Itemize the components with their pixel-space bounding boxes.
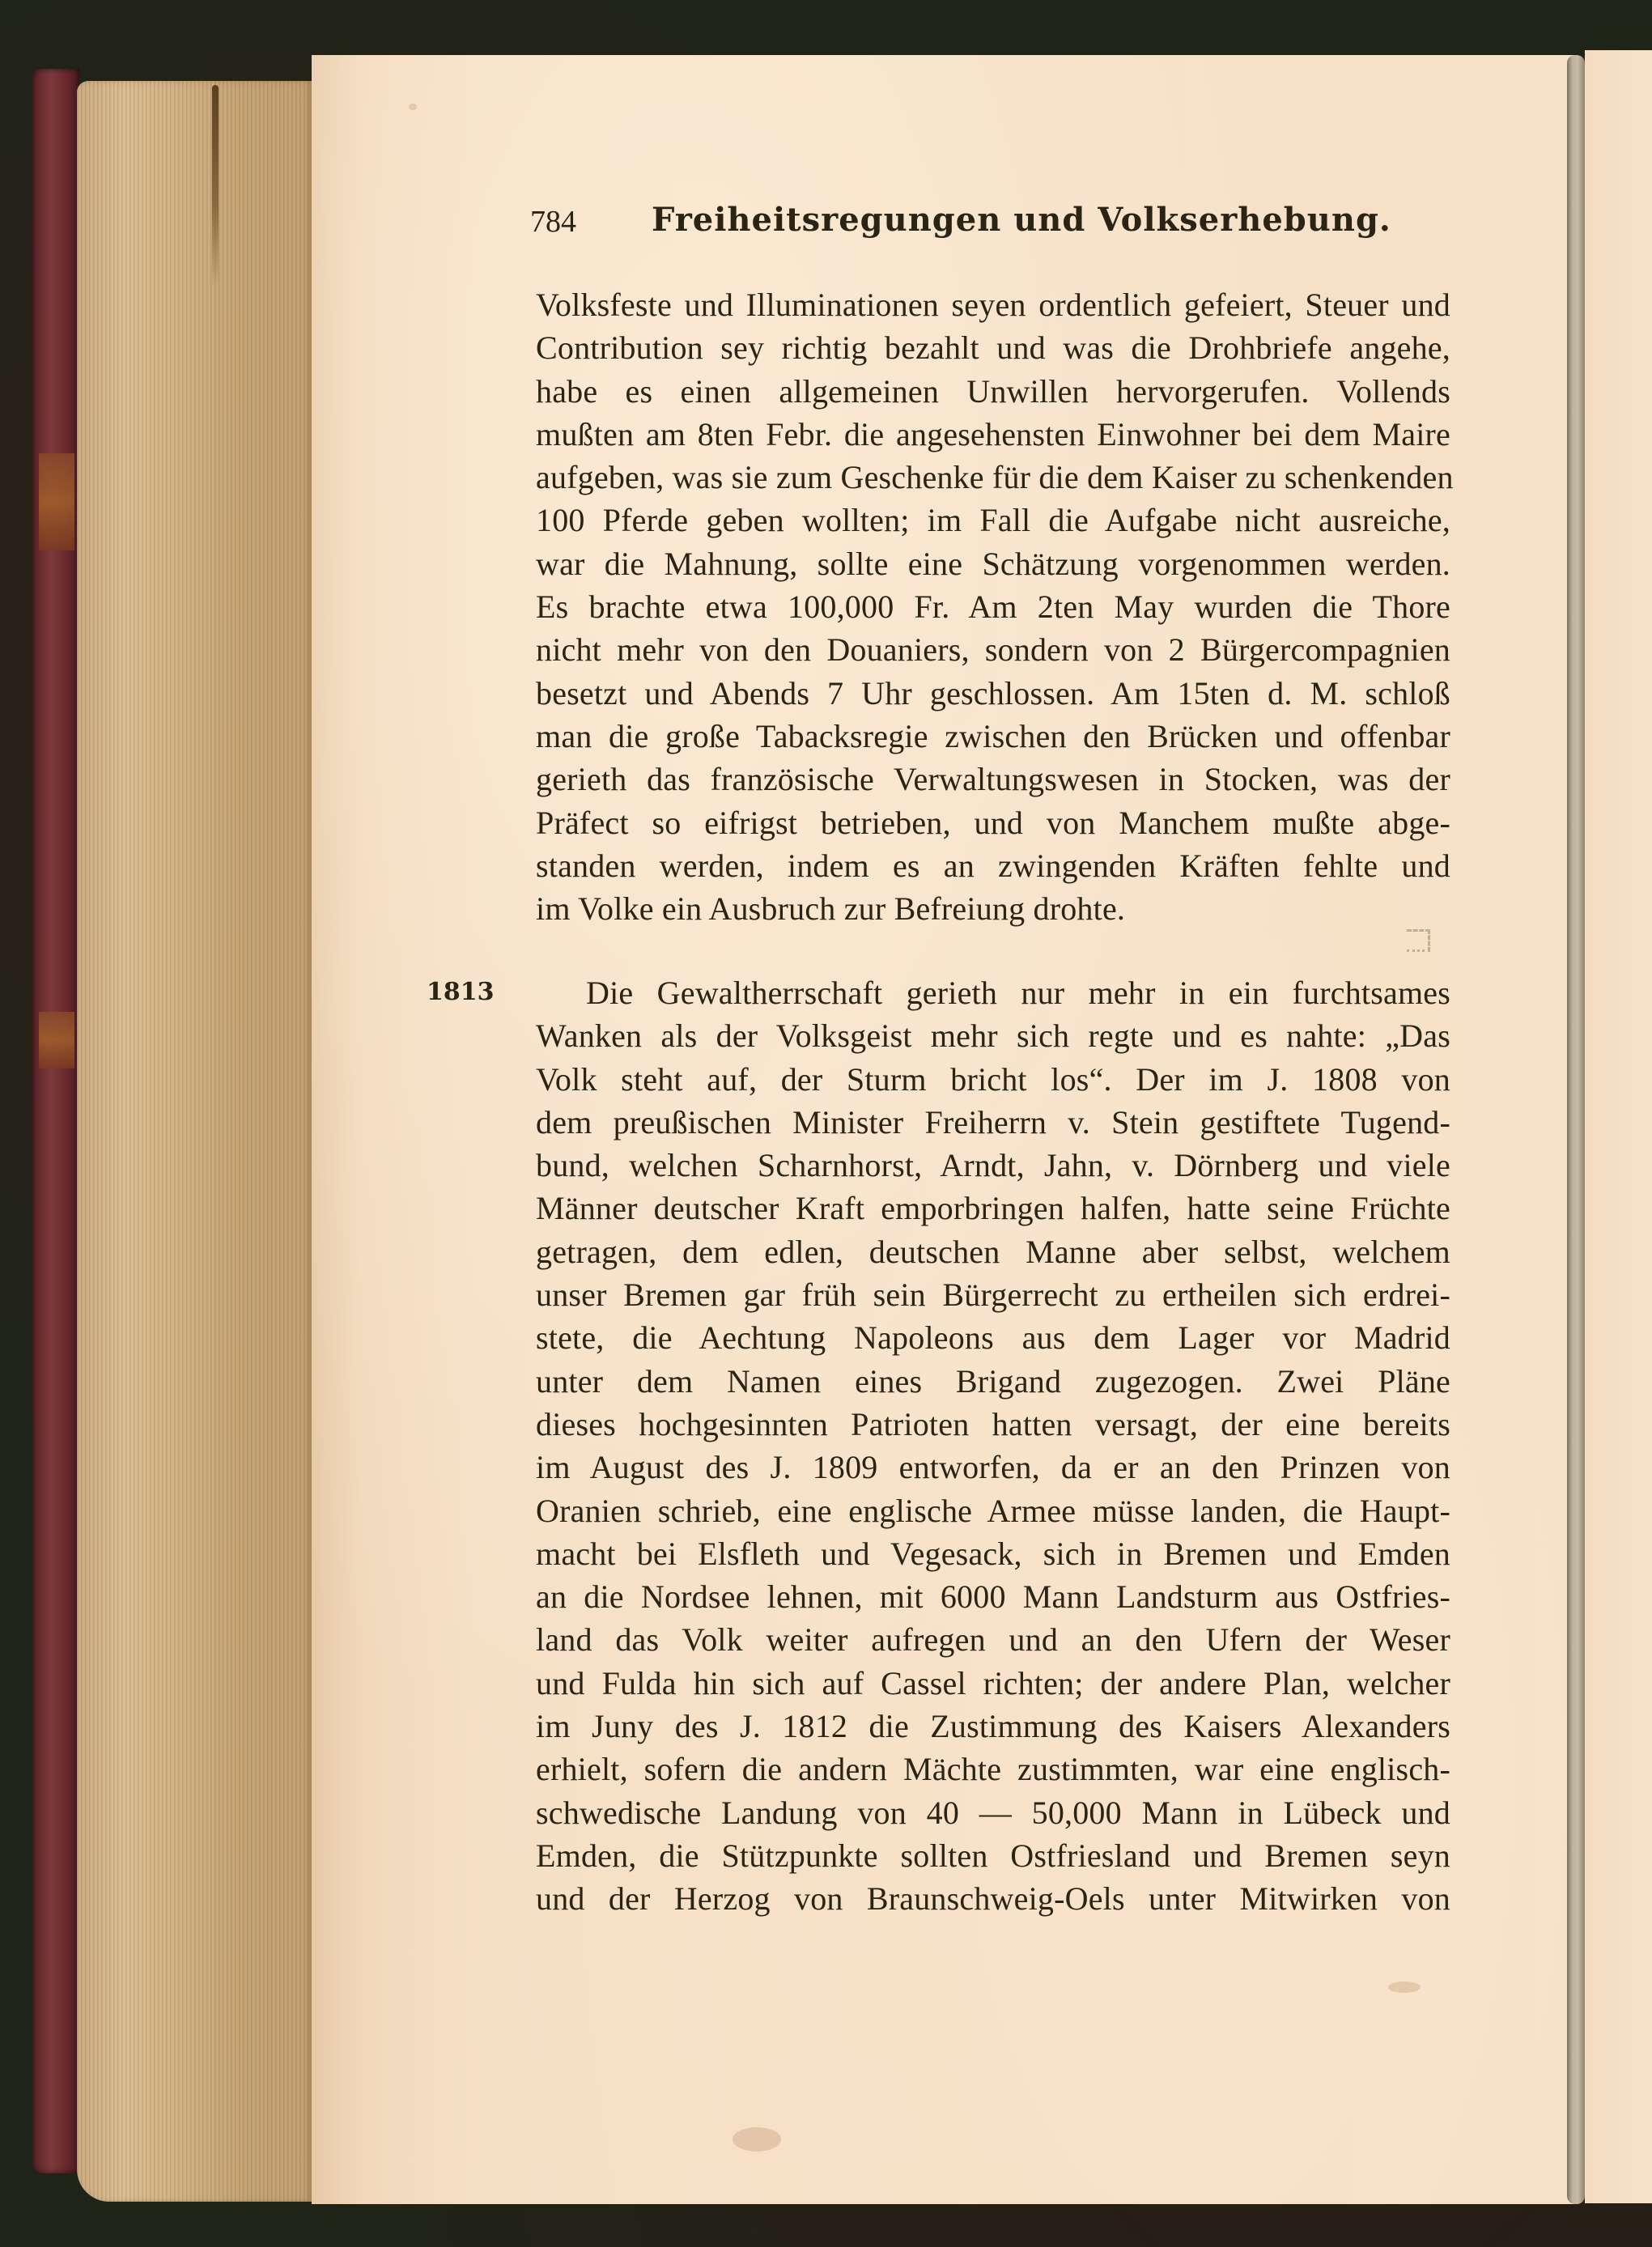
running-head: 784 Freiheitsregungen und Volkserhebung. — [530, 201, 1453, 249]
paper-spot — [409, 104, 417, 110]
text-line: man die große Tabacksregie zwischen den … — [536, 715, 1450, 758]
text-line: Volksfeste und Illuminationen seyen orde… — [536, 283, 1450, 326]
text-line: im Volke ein Ausbruch zur Befreiung droh… — [536, 887, 1450, 930]
paragraph-2: Die Gewaltherrschaft gerieth nur mehr in… — [536, 971, 1450, 1921]
binding-wear-patch — [39, 1012, 74, 1068]
margin-year-note: 1813 — [427, 978, 495, 1006]
text-line: und Fulda hin sich auf Cassel richten; d… — [536, 1662, 1450, 1705]
text-line: standen werden, indem es an zwingenden K… — [536, 844, 1450, 887]
paragraph-1: Volksfeste und Illuminationen seyen orde… — [536, 283, 1450, 930]
text-line: getragen, dem edlen, deutschen Manne abe… — [536, 1230, 1450, 1273]
text-line: Wanken als der Volksgeist mehr sich regt… — [536, 1014, 1450, 1057]
text-line: Contribution sey richtig bezahlt und was… — [536, 326, 1450, 369]
text-line: unser Bremen gar früh sein Bürgerrecht z… — [536, 1273, 1450, 1316]
text-line: im Juny des J. 1812 die Zustimmung des K… — [536, 1705, 1450, 1748]
page-stack-edge — [77, 81, 312, 2202]
text-line: Präfect so eifrigst betrieben, und von M… — [536, 801, 1450, 844]
facing-page-edge — [1585, 50, 1652, 2203]
text-line: Die Gewaltherrschaft gerieth nur mehr in… — [536, 971, 1450, 1014]
text-line: stete, die Aechtung Napoleons aus dem La… — [536, 1316, 1450, 1359]
text-line: 100 Pferde geben wollten; im Fall die Au… — [536, 499, 1450, 542]
page-number: 784 — [530, 204, 576, 240]
text-line: nicht mehr von den Douaniers, sondern vo… — [536, 628, 1450, 671]
text-line: besetzt und Abends 7 Uhr geschlossen. Am… — [536, 672, 1450, 715]
text-line: im August des J. 1809 entworfen, da er a… — [536, 1446, 1450, 1489]
paper-stain — [1388, 1982, 1421, 1993]
binding-wear-patch — [39, 453, 74, 550]
text-line: dieses hochgesinnten Patrioten hatten ve… — [536, 1403, 1450, 1446]
text-line: Es brachte etwa 100,000 Fr. Am 2ten May … — [536, 585, 1450, 628]
text-line: mußten am 8ten Febr. die angesehensten E… — [536, 413, 1450, 456]
text-line: Oranien schrieb, eine englische Armee mü… — [536, 1489, 1450, 1532]
text-line: und der Herzog von Braunschweig-Oels unt… — [536, 1877, 1450, 1920]
text-line: erhielt, sofern die andern Mächte zustim… — [536, 1748, 1450, 1790]
text-line: war die Mahnung, sollte eine Schätzung v… — [536, 542, 1450, 585]
text-line: dem preußischen Minister Freiherrn v. St… — [536, 1101, 1450, 1144]
page-gutter — [1567, 55, 1585, 2204]
text-line: Volk steht auf, der Sturm bricht los“. D… — [536, 1058, 1450, 1101]
text-line: gerieth das französische Verwaltungswese… — [536, 758, 1450, 801]
text-line: Männer deutscher Kraft emporbringen half… — [536, 1187, 1450, 1230]
text-line: bund, welchen Scharnhorst, Arndt, Jahn, … — [536, 1144, 1450, 1187]
page-edge-tear — [212, 85, 219, 287]
text-line: macht bei Elsfleth und Vegesack, sich in… — [536, 1532, 1450, 1575]
running-title: Freiheitsregungen und Volkserhebung. — [652, 201, 1391, 239]
text-line: Emden, die Stützpunkte sollten Ostfriesl… — [536, 1834, 1450, 1877]
text-line: aufgeben, was sie zum Geschenke für die … — [536, 456, 1450, 499]
text-line: an die Nordsee lehnen, mit 6000 Mann Lan… — [536, 1575, 1450, 1618]
text-line: schwedische Landung von 40 — 50,000 Mann… — [536, 1791, 1450, 1834]
paper-stain — [733, 2127, 781, 2151]
ink-blemish — [1407, 929, 1430, 952]
book-binding — [32, 69, 79, 2173]
text-line: land das Volk weiter aufregen und an den… — [536, 1618, 1450, 1661]
text-line: habe es einen allgemeinen Unwillen hervo… — [536, 370, 1450, 413]
text-line: unter dem Namen eines Brigand zugezogen.… — [536, 1360, 1450, 1403]
